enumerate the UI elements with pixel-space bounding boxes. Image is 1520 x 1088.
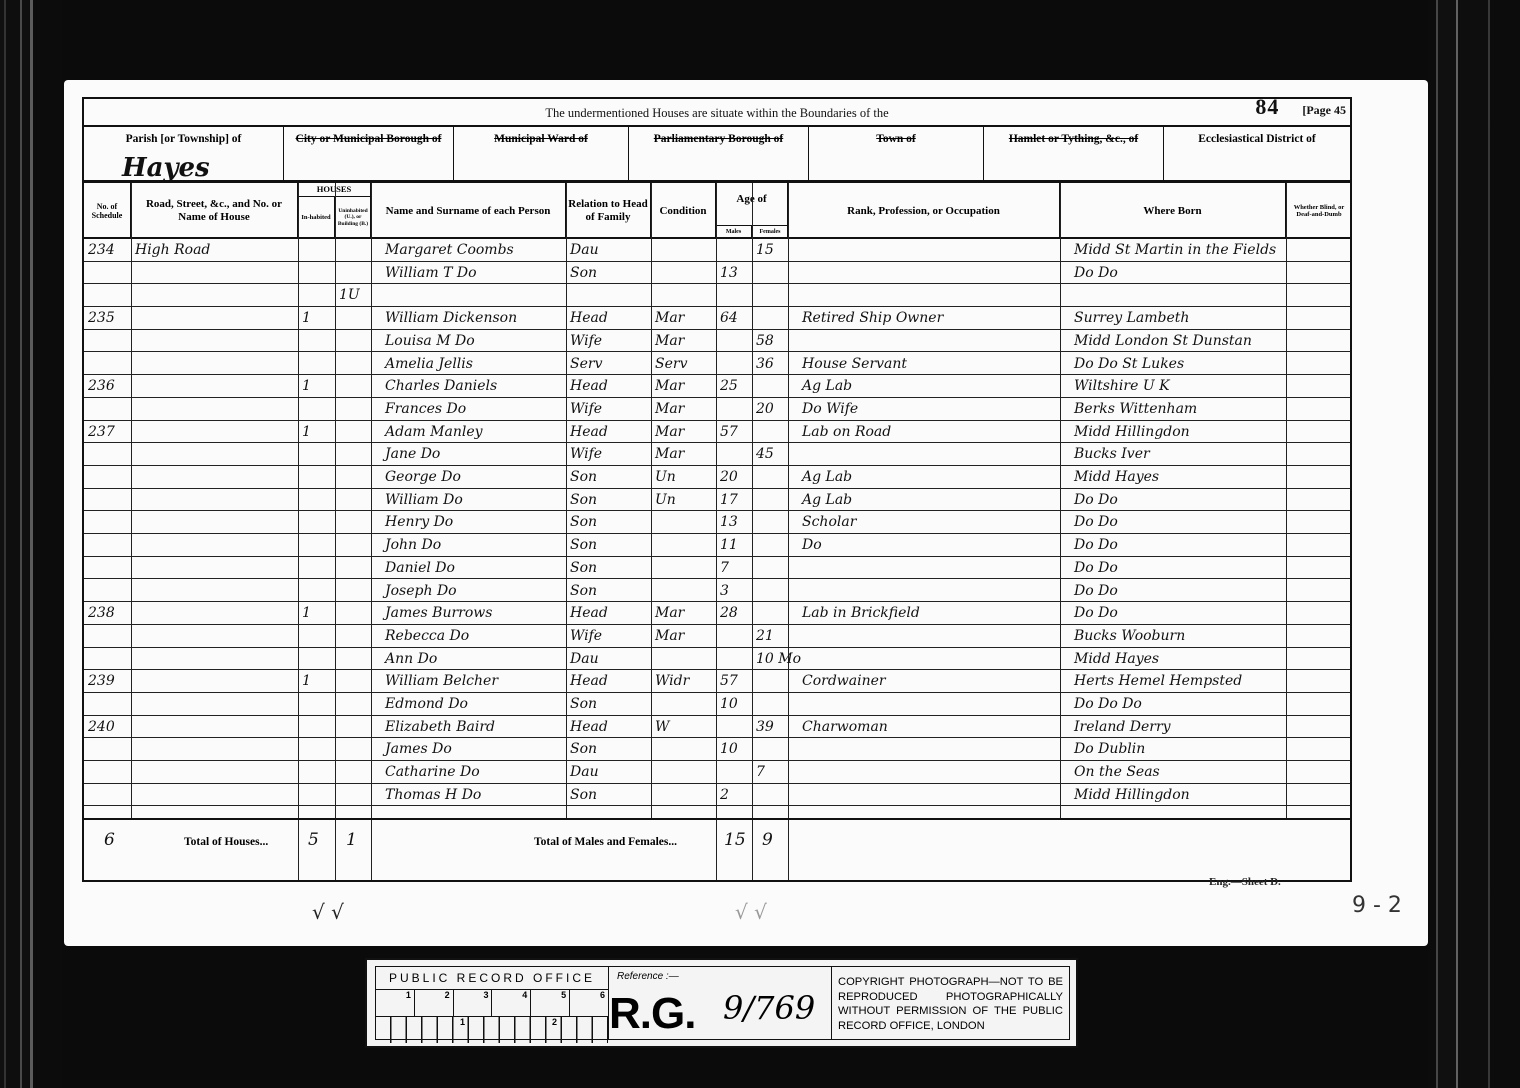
cell-born: Do Do	[1060, 489, 1286, 511]
cell-relation: Son	[566, 580, 651, 602]
cell-uninhabited	[335, 330, 371, 352]
cell-relation: Head	[566, 716, 651, 738]
census-row: Daniel DoSon7Do Do	[84, 557, 1350, 580]
total-females: 9	[762, 830, 773, 850]
census-row: Catharine DoDau7On the Seas	[84, 761, 1350, 784]
ruler-inches: 1 2	[376, 1017, 608, 1043]
cell-road	[131, 375, 298, 397]
cell-relation: Son	[566, 738, 651, 760]
boundary-4: Town of	[809, 127, 984, 180]
cell-schedule	[84, 489, 131, 511]
cell-inhabited	[298, 716, 335, 738]
folio-number: 84	[1255, 94, 1279, 119]
cell-schedule: 239	[84, 670, 131, 692]
cell-road	[131, 534, 298, 556]
total-inhabited: 5	[308, 830, 319, 850]
cell-occupation	[788, 443, 1060, 465]
cell-uninhabited	[335, 375, 371, 397]
cell-uninhabited	[335, 670, 371, 692]
cell-relation: Serv	[566, 353, 651, 375]
cell-schedule: 237	[84, 421, 131, 443]
cell-inhabited	[298, 398, 335, 420]
cell-occupation: Retired Ship Owner	[788, 307, 1060, 329]
cell-condition	[651, 784, 716, 806]
cell-inhabited: 1	[298, 670, 335, 692]
cell-inhabited	[298, 693, 335, 715]
inch-mark-2: 2	[552, 1017, 557, 1027]
cell-born: Do Do	[1060, 534, 1286, 556]
cell-road	[131, 580, 298, 602]
cell-occupation: Charwoman	[788, 716, 1060, 738]
ruler-number: 3	[454, 990, 493, 1016]
reference-number: 9/769	[723, 989, 815, 1027]
cell-inhabited	[298, 284, 335, 306]
cell-schedule: 234	[84, 239, 131, 261]
cell-male-age: 25	[716, 375, 752, 397]
census-form: The undermentioned Houses are situate wi…	[82, 97, 1352, 882]
cell-name: Louisa M Do	[371, 330, 566, 352]
cell-condition: Mar	[651, 421, 716, 443]
cell-inhabited: 1	[298, 307, 335, 329]
ruler-number: 6	[570, 990, 608, 1016]
boundary-label: Hamlet or Tything, &c., of	[1009, 133, 1138, 145]
cell-name: George Do	[371, 466, 566, 488]
cell-occupation: Ag Lab	[788, 375, 1060, 397]
col-road: Road, Street, &c., and No. or Name of Ho…	[131, 183, 298, 239]
census-row: 2391William BelcherHeadWidr57CordwainerH…	[84, 670, 1350, 693]
cell-condition	[651, 693, 716, 715]
cell-uninhabited	[335, 602, 371, 624]
cell-condition: Mar	[651, 398, 716, 420]
cell-female-age	[752, 489, 788, 511]
cell-born: Berks Wittenham	[1060, 398, 1286, 420]
cell-female-age: 10 Mo	[752, 648, 788, 670]
cell-born: Herts Hemel Hempsted	[1060, 670, 1286, 692]
cell-male-age: 7	[716, 557, 752, 579]
boundary-label: Municipal Ward of	[494, 133, 588, 145]
cell-male-age: 57	[716, 670, 752, 692]
cell-occupation: House Servant	[788, 353, 1060, 375]
cell-occupation: Lab on Road	[788, 421, 1060, 443]
cell-male-age: 17	[716, 489, 752, 511]
cell-relation: Dau	[566, 761, 651, 783]
cell-born: Do Do	[1060, 262, 1286, 284]
cell-female-age: 7	[752, 761, 788, 783]
cell-occupation	[788, 262, 1060, 284]
cell-name: Edmond Do	[371, 693, 566, 715]
cell-relation: Son	[566, 466, 651, 488]
cell-schedule	[84, 466, 131, 488]
cell-occupation	[788, 738, 1060, 760]
cell-schedule	[84, 784, 131, 806]
cell-inhabited	[298, 262, 335, 284]
cell-name: William T Do	[371, 262, 566, 284]
cell-female-age: 45	[752, 443, 788, 465]
cell-schedule	[84, 262, 131, 284]
cell-occupation	[788, 648, 1060, 670]
census-row: George DoSonUn20Ag LabMidd Hayes	[84, 466, 1350, 489]
cell-name: Jane Do	[371, 443, 566, 465]
cell-road	[131, 738, 298, 760]
cell-uninhabited	[335, 307, 371, 329]
census-row: Edmond DoSon10Do Do Do	[84, 693, 1350, 716]
cell-inhabited	[298, 489, 335, 511]
cell-occupation	[788, 693, 1060, 715]
cell-schedule	[84, 284, 131, 306]
cell-occupation: Ag Lab	[788, 466, 1060, 488]
col-schedule: No. of Schedule	[84, 183, 131, 239]
cell-female-age: 15	[752, 239, 788, 261]
cell-occupation	[788, 784, 1060, 806]
cell-name: Ann Do	[371, 648, 566, 670]
cell-occupation: Scholar	[788, 511, 1060, 533]
cell-uninhabited: 1U	[335, 284, 371, 306]
cell-uninhabited	[335, 716, 371, 738]
boundary-label: Parish [or Township] of	[126, 133, 242, 145]
cell-female-age	[752, 738, 788, 760]
inch-mark-1: 1	[460, 1017, 465, 1027]
cell-road	[131, 489, 298, 511]
cell-occupation: Do	[788, 534, 1060, 556]
header-text: The undermentioned Houses are situate wi…	[545, 106, 888, 120]
cell-condition: Un	[651, 489, 716, 511]
cell-condition	[651, 284, 716, 306]
census-row: 234High RoadMargaret CoombsDau15Midd St …	[84, 239, 1350, 262]
totals-row: 6 Total of Houses... 5 1 Total of Males …	[84, 818, 1350, 880]
cell-occupation	[788, 761, 1060, 783]
cell-uninhabited	[335, 262, 371, 284]
cell-name: Rebecca Do	[371, 625, 566, 647]
cell-relation: Son	[566, 534, 651, 556]
margin-note: 9 - 2	[1352, 893, 1402, 918]
boundary-1: City or Municipal Borough of	[284, 127, 454, 180]
census-row: 2381James BurrowsHeadMar28Lab in Brickfi…	[84, 602, 1350, 625]
cell-relation	[566, 284, 651, 306]
cell-relation: Head	[566, 421, 651, 443]
cell-schedule: 240	[84, 716, 131, 738]
cell-relation: Head	[566, 602, 651, 624]
col-condition: Condition	[651, 183, 716, 239]
cell-name: James Burrows	[371, 602, 566, 624]
cell-inhabited: 1	[298, 421, 335, 443]
cell-occupation	[788, 625, 1060, 647]
census-row: 2371Adam ManleyHeadMar57Lab on RoadMidd …	[84, 421, 1350, 444]
cell-condition: Mar	[651, 443, 716, 465]
cell-uninhabited	[335, 761, 371, 783]
cell-female-age	[752, 602, 788, 624]
cell-male-age	[716, 353, 752, 375]
boundary-2: Municipal Ward of	[454, 127, 629, 180]
cell-uninhabited	[335, 353, 371, 375]
cell-name: Adam Manley	[371, 421, 566, 443]
cell-male-age: 57	[716, 421, 752, 443]
cell-relation: Wife	[566, 330, 651, 352]
cell-schedule	[84, 761, 131, 783]
cell-name: Daniel Do	[371, 557, 566, 579]
cell-born: Surrey Lambeth	[1060, 307, 1286, 329]
cell-road	[131, 284, 298, 306]
census-row: Amelia JellisServServ36House ServantDo D…	[84, 353, 1350, 376]
cell-schedule	[84, 534, 131, 556]
cell-relation: Son	[566, 489, 651, 511]
col-blind: Whether Blind, or Deaf-and-Dumb	[1286, 183, 1352, 239]
cell-road	[131, 307, 298, 329]
ruler-cm: 123456	[376, 990, 608, 1017]
boundary-label: Parliamentary Borough of	[654, 133, 783, 145]
census-row: Frances DoWifeMar20Do WifeBerks Wittenha…	[84, 398, 1350, 421]
cell-female-age: 58	[752, 330, 788, 352]
cell-born: Midd Hillingdon	[1060, 421, 1286, 443]
census-row: Henry DoSon13ScholarDo Do	[84, 511, 1350, 534]
cell-inhabited	[298, 353, 335, 375]
cell-condition	[651, 239, 716, 261]
film-edge-right	[1428, 0, 1520, 1088]
cell-schedule	[84, 625, 131, 647]
cell-male-age	[716, 648, 752, 670]
cell-occupation	[788, 284, 1060, 306]
cell-condition	[651, 738, 716, 760]
census-row: John DoSon11DoDo Do	[84, 534, 1350, 557]
tick-marks-faint: √ √	[735, 900, 767, 924]
cell-road	[131, 330, 298, 352]
cell-name: Thomas H Do	[371, 784, 566, 806]
cell-inhabited	[298, 738, 335, 760]
cell-inhabited	[298, 784, 335, 806]
cell-relation: Son	[566, 511, 651, 533]
cell-inhabited	[298, 443, 335, 465]
cell-schedule	[84, 443, 131, 465]
cell-male-age: 20	[716, 466, 752, 488]
census-row: 1U	[84, 284, 1350, 307]
cell-name: John Do	[371, 534, 566, 556]
cell-road	[131, 716, 298, 738]
total-persons-label: Total of Males and Females...	[534, 836, 677, 848]
cell-schedule	[84, 330, 131, 352]
cell-condition: Un	[651, 466, 716, 488]
cell-condition: Mar	[651, 307, 716, 329]
cell-born: Midd Hayes	[1060, 466, 1286, 488]
copyright-notice: COPYRIGHT PHOTOGRAPH—NOT TO BE REPRODUCE…	[832, 967, 1069, 1039]
page-label: [Page 45	[1302, 103, 1346, 117]
cell-male-age: 2	[716, 784, 752, 806]
cell-born: Midd London St Dunstan	[1060, 330, 1286, 352]
cell-male-age: 10	[716, 738, 752, 760]
cell-female-age: 21	[752, 625, 788, 647]
archive-label: PUBLIC RECORD OFFICE 123456 1 2 Referenc…	[365, 958, 1078, 1048]
cell-born: Midd St Martin in the Fields	[1060, 239, 1286, 261]
cell-uninhabited	[335, 466, 371, 488]
cell-born: Midd Hillingdon	[1060, 784, 1286, 806]
cell-born: Midd Hayes	[1060, 648, 1286, 670]
census-row: James DoSon10Do Dublin	[84, 738, 1350, 761]
reference-series: R.G.	[609, 989, 695, 1039]
cell-relation: Son	[566, 557, 651, 579]
census-row: Rebecca DoWifeMar21Bucks Wooburn	[84, 625, 1350, 648]
cell-road	[131, 443, 298, 465]
cell-name: William Belcher	[371, 670, 566, 692]
cell-female-age	[752, 284, 788, 306]
cell-female-age	[752, 557, 788, 579]
census-row: 240Elizabeth BairdHeadW39CharwomanIrelan…	[84, 716, 1350, 739]
cell-schedule	[84, 580, 131, 602]
cell-condition: Serv	[651, 353, 716, 375]
cell-female-age	[752, 784, 788, 806]
cell-relation: Son	[566, 693, 651, 715]
cell-condition: Mar	[651, 625, 716, 647]
cell-born: Do Do Do	[1060, 693, 1286, 715]
ruler-number: 2	[415, 990, 454, 1016]
cell-born: Do Do St Lukes	[1060, 353, 1286, 375]
col-relation: Relation to Head of Family	[566, 183, 651, 239]
cell-condition: Mar	[651, 602, 716, 624]
tick-marks: √ √	[312, 900, 344, 924]
total-males: 15	[724, 830, 746, 850]
cell-uninhabited	[335, 784, 371, 806]
ruler-number: 4	[492, 990, 531, 1016]
cell-uninhabited	[335, 580, 371, 602]
boundary-label: City or Municipal Borough of	[296, 133, 442, 145]
cell-born: Bucks Iver	[1060, 443, 1286, 465]
col-inhabited: In-habited	[298, 196, 335, 239]
cell-uninhabited	[335, 534, 371, 556]
cell-female-age	[752, 421, 788, 443]
total-schedules: 6	[104, 830, 115, 850]
cell-female-age	[752, 307, 788, 329]
cell-road	[131, 421, 298, 443]
cell-road	[131, 353, 298, 375]
cell-road	[131, 761, 298, 783]
col-born: Where Born	[1060, 183, 1286, 239]
cell-condition	[651, 511, 716, 533]
col-uninhabited: Uninhabited (U.), or Building (B.)	[335, 196, 371, 239]
cell-inhabited	[298, 466, 335, 488]
col-males: Males	[716, 225, 752, 239]
cell-road: High Road	[131, 239, 298, 261]
census-row: Louisa M DoWifeMar58Midd London St Dunst…	[84, 330, 1350, 353]
cell-schedule: 238	[84, 602, 131, 624]
cell-schedule	[84, 398, 131, 420]
cell-female-age	[752, 375, 788, 397]
cell-road	[131, 784, 298, 806]
cell-inhabited: 1	[298, 602, 335, 624]
cell-male-age	[716, 761, 752, 783]
cell-condition: Widr	[651, 670, 716, 692]
reference-block: Reference :— R.G. 9/769	[609, 967, 832, 1039]
cell-relation: Son	[566, 262, 651, 284]
cell-road	[131, 466, 298, 488]
cell-name: William Dickenson	[371, 307, 566, 329]
cell-male-age	[716, 239, 752, 261]
cell-uninhabited	[335, 557, 371, 579]
cell-schedule: 236	[84, 375, 131, 397]
cell-female-age	[752, 670, 788, 692]
boundary-label: Ecclesiastical District of	[1198, 133, 1316, 145]
cell-name: Henry Do	[371, 511, 566, 533]
cell-occupation	[788, 580, 1060, 602]
cell-born: Do Do	[1060, 557, 1286, 579]
census-row: Thomas H DoSon2Midd Hillingdon	[84, 784, 1350, 807]
cell-inhabited	[298, 580, 335, 602]
cell-relation: Wife	[566, 625, 651, 647]
cell-condition	[651, 580, 716, 602]
cell-road	[131, 625, 298, 647]
cell-road	[131, 693, 298, 715]
cell-inhabited	[298, 239, 335, 261]
cell-road	[131, 602, 298, 624]
cell-schedule	[84, 693, 131, 715]
cell-condition	[651, 557, 716, 579]
cell-schedule	[84, 557, 131, 579]
boundary-3: Parliamentary Borough of	[629, 127, 809, 180]
pro-office-name: PUBLIC RECORD OFFICE	[376, 967, 608, 990]
cell-born: Bucks Wooburn	[1060, 625, 1286, 647]
cell-male-age	[716, 443, 752, 465]
cell-male-age	[716, 398, 752, 420]
cell-uninhabited	[335, 511, 371, 533]
cell-relation: Wife	[566, 398, 651, 420]
cell-male-age	[716, 716, 752, 738]
cell-uninhabited	[335, 738, 371, 760]
cell-schedule	[84, 353, 131, 375]
cell-relation: Head	[566, 307, 651, 329]
cell-condition	[651, 262, 716, 284]
cell-born: Ireland Derry	[1060, 716, 1286, 738]
cell-male-age: 13	[716, 262, 752, 284]
cell-name: Frances Do	[371, 398, 566, 420]
cell-name: Amelia Jellis	[371, 353, 566, 375]
col-occupation: Rank, Profession, or Occupation	[788, 183, 1060, 239]
cell-male-age: 28	[716, 602, 752, 624]
cell-female-age	[752, 534, 788, 556]
cell-female-age: 36	[752, 353, 788, 375]
cell-inhabited	[298, 648, 335, 670]
cell-name: Margaret Coombs	[371, 239, 566, 261]
total-uninhabited: 1	[346, 830, 357, 850]
cell-born: Wiltshire U K	[1060, 375, 1286, 397]
cell-born: On the Seas	[1060, 761, 1286, 783]
cell-name: Catharine Do	[371, 761, 566, 783]
cell-male-age	[716, 330, 752, 352]
cell-occupation: Ag Lab	[788, 489, 1060, 511]
boundary-value: Hayes	[122, 153, 210, 183]
cell-male-age	[716, 625, 752, 647]
page-number: 84 [Page 45	[1255, 93, 1346, 124]
cell-schedule	[84, 648, 131, 670]
ruler-number: 5	[531, 990, 570, 1016]
census-row: William T DoSon13Do Do	[84, 262, 1350, 285]
cell-relation: Head	[566, 670, 651, 692]
ruler-number: 1	[376, 990, 415, 1016]
census-row: 2361Charles DanielsHeadMar25Ag LabWiltsh…	[84, 375, 1350, 398]
cell-schedule: 235	[84, 307, 131, 329]
boundary-6: Ecclesiastical District of	[1164, 127, 1350, 180]
cell-relation: Son	[566, 784, 651, 806]
cell-condition	[651, 534, 716, 556]
census-row: Jane DoWifeMar45Bucks Iver	[84, 443, 1350, 466]
cell-name: Charles Daniels	[371, 375, 566, 397]
header-line: The undermentioned Houses are situate wi…	[84, 99, 1350, 127]
cell-condition: Mar	[651, 330, 716, 352]
cell-road	[131, 511, 298, 533]
cell-born: Do Dublin	[1060, 738, 1286, 760]
cell-born: Do Do	[1060, 580, 1286, 602]
cell-uninhabited	[335, 648, 371, 670]
cell-uninhabited	[335, 421, 371, 443]
cell-female-age	[752, 511, 788, 533]
cell-relation: Wife	[566, 443, 651, 465]
cell-condition: Mar	[651, 375, 716, 397]
cell-female-age	[752, 466, 788, 488]
